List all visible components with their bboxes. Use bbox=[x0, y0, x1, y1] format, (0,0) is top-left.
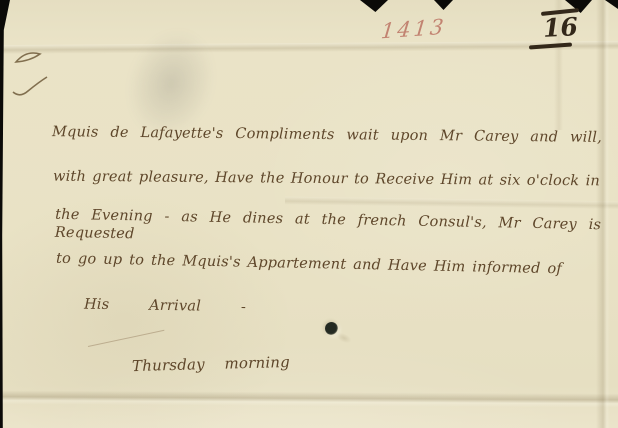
letter-line-5: His Arrival - bbox=[84, 296, 246, 317]
ink-flourish-marks bbox=[9, 46, 61, 102]
paper-hole bbox=[325, 322, 338, 335]
manuscript-scan: 1413 16 Mquis de Lafayette's Compliments… bbox=[0, 0, 618, 428]
catalog-number: 1413 bbox=[380, 15, 448, 44]
page-number: 16 bbox=[542, 12, 578, 43]
